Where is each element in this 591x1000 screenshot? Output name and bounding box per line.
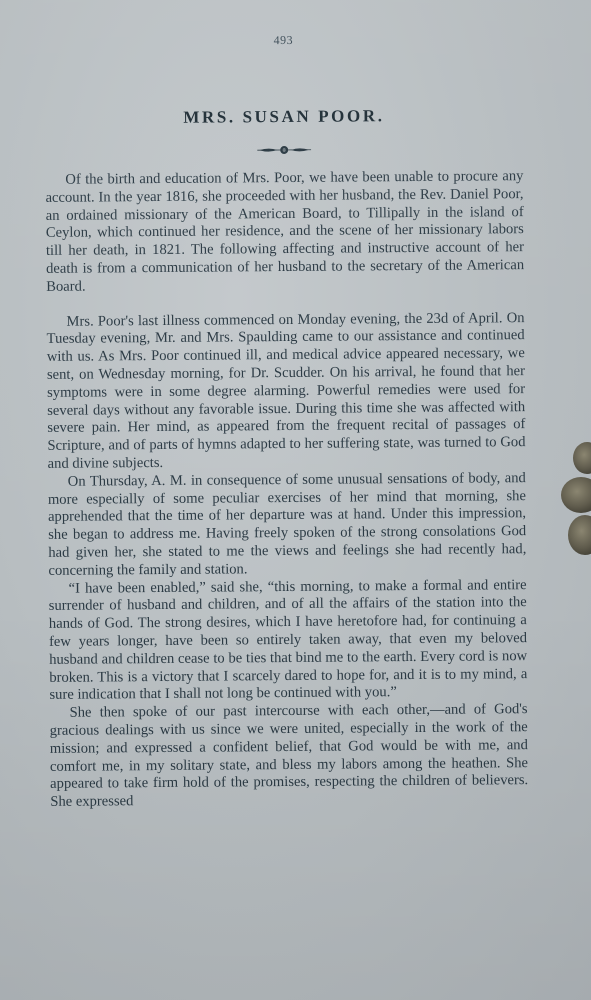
holding-fingers-image: [551, 440, 591, 560]
book-page: 493 MRS. SUSAN POOR. Of the birth and ed…: [0, 0, 591, 1000]
page-number: 493: [44, 31, 522, 50]
paragraph-illness: Mrs. Poor's last illness commenced on Mo…: [46, 310, 525, 474]
article-body: Of the birth and education of Mrs. Poor,…: [45, 168, 528, 812]
chapter-title: MRS. SUSAN POOR.: [45, 105, 523, 129]
fleuron-divider-icon: [257, 143, 311, 157]
paragraph-thursday: On Thursday, A. M. in consequence of som…: [48, 470, 527, 581]
paragraph-intro: Of the birth and education of Mrs. Poor,…: [45, 168, 524, 296]
page-content: 493 MRS. SUSAN POOR. Of the birth and ed…: [44, 0, 522, 2]
paragraph-quote: “I have been enabled,” said she, “this m…: [49, 577, 528, 705]
paragraph-intercourse: She then spoke of our past intercourse w…: [50, 701, 529, 812]
